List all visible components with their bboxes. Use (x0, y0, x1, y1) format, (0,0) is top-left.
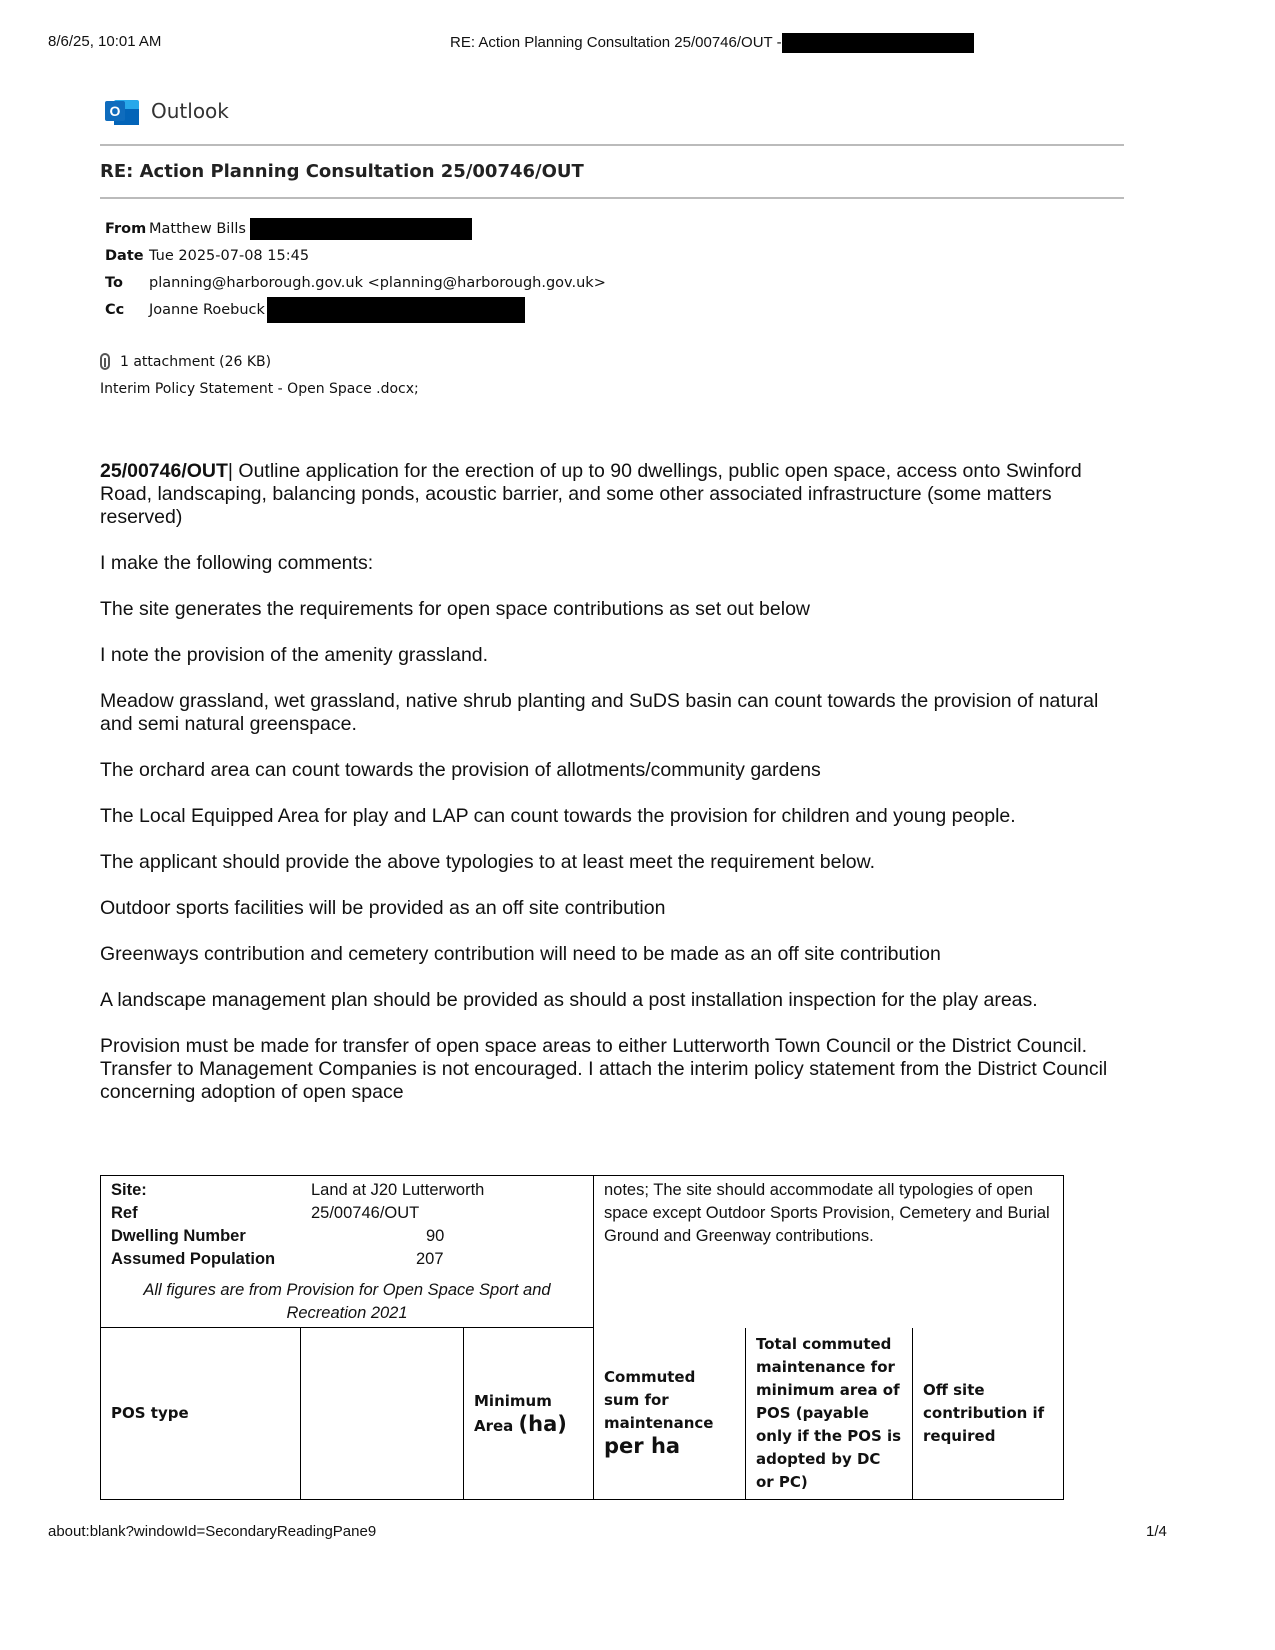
print-datetime: 8/6/25, 10:01 AM (48, 33, 161, 50)
header-blank (301, 1328, 464, 1500)
paragraph: The Local Equipped Area for play and LAP… (100, 805, 1130, 828)
attachment-summary: 1 attachment (26 KB) (120, 354, 271, 370)
paperclip-icon (100, 353, 110, 370)
to-row: Toplanning@harborough.gov.uk <planning@h… (105, 269, 606, 296)
header-min-area: MinimumArea (ha) (464, 1328, 594, 1500)
to-value: planning@harborough.gov.uk <planning@har… (149, 275, 606, 291)
paragraph: Provision must be made for transfer of o… (100, 1035, 1130, 1104)
divider (100, 197, 1124, 199)
email-body: 25/00746/OUT| Outline application for th… (100, 460, 1130, 1127)
paragraph: The applicant should provide the above t… (100, 851, 1130, 874)
site-value: Land at J20 Lutterworth (311, 1179, 583, 1202)
app-name: Outlook (151, 99, 229, 123)
header-commuted-sum: Commuted sum for maintenanceper ha (594, 1328, 746, 1500)
outlook-logo-icon: O (105, 95, 139, 127)
from-value: Matthew Bills (149, 221, 246, 237)
notes-cell: notes; The site should accommodate all t… (594, 1176, 1064, 1328)
email-subject: RE: Action Planning Consultation 25/0074… (100, 161, 584, 182)
open-space-table: Site:Land at J20 Lutterworth Ref25/00746… (100, 1175, 1064, 1500)
email-meta: FromMatthew Bills DateTue 2025-07-08 15:… (105, 215, 606, 323)
attachment-link[interactable]: Interim Policy Statement - Open Space .d… (100, 381, 419, 397)
paragraph: Greenways contribution and cemetery cont… (100, 943, 1130, 966)
header-total-commuted: Total commuted maintenance for minimum a… (746, 1328, 913, 1500)
page-number: 1/4 (1146, 1523, 1167, 1540)
paragraph: I note the provision of the amenity gras… (100, 644, 1130, 667)
print-title: RE: Action Planning Consultation 25/0074… (450, 33, 974, 53)
redaction (250, 218, 472, 240)
population-value: 207 (311, 1248, 583, 1271)
paragraph: The orchard area can count towards the p… (100, 759, 1130, 782)
source-note: All figures are from Provision for Open … (111, 1279, 583, 1327)
cc-value: Joanne Roebuck (149, 302, 265, 318)
ref-value: 25/00746/OUT (311, 1202, 583, 1225)
app-brand: O Outlook (105, 95, 229, 127)
attachments: 1 attachment (26 KB) Interim Policy Stat… (100, 348, 419, 402)
paragraph: A landscape management plan should be pr… (100, 989, 1130, 1012)
header-offsite: Off site contribution if required (913, 1328, 1064, 1500)
redaction (267, 297, 525, 323)
site-info-cell: Site:Land at J20 Lutterworth Ref25/00746… (101, 1176, 594, 1328)
redaction (782, 33, 974, 53)
divider (100, 144, 1124, 146)
dwelling-value: 90 (311, 1225, 583, 1248)
print-footer-url: about:blank?windowId=SecondaryReadingPan… (48, 1523, 376, 1540)
header-pos-type: POS type (101, 1328, 301, 1500)
date-row: DateTue 2025-07-08 15:45 (105, 242, 606, 269)
paragraph: Meadow grassland, wet grassland, native … (100, 690, 1130, 736)
intro-paragraph: 25/00746/OUT| Outline application for th… (100, 460, 1130, 529)
paragraph: I make the following comments: (100, 552, 1130, 575)
date-value: Tue 2025-07-08 15:45 (149, 248, 309, 264)
cc-row: CcJoanne Roebuck (105, 296, 606, 323)
paragraph: The site generates the requirements for … (100, 598, 1130, 621)
from-row: FromMatthew Bills (105, 215, 606, 242)
paragraph: Outdoor sports facilities will be provid… (100, 897, 1130, 920)
